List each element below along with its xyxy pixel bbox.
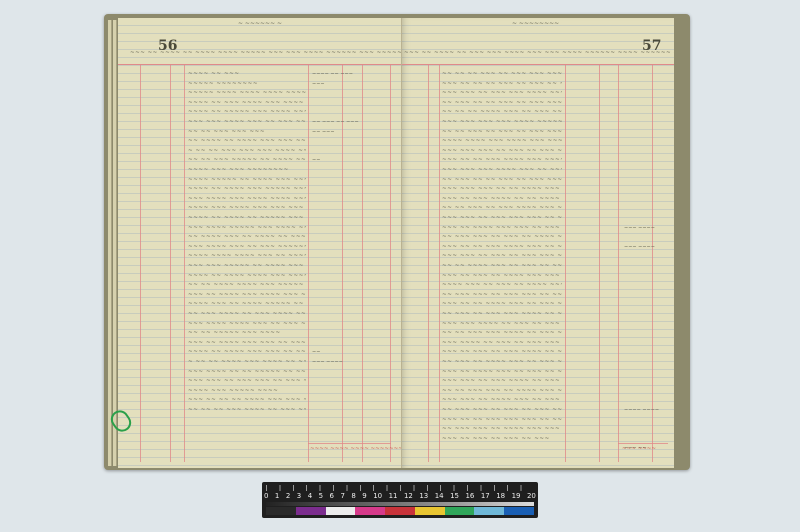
ledger-line: ~~ ~~~ ~~ ~~ ~~~ ~~ ~~~ ~~~ ~~~~ bbox=[442, 176, 562, 184]
color-swatch bbox=[355, 507, 385, 515]
ruler-label: 16 bbox=[465, 492, 474, 501]
ledger-line: ~~ ~~ ~~ ~~~ ~~~~ ~~ ~~~ ~~ ~~~~ bbox=[188, 406, 306, 414]
ledger-line: ~~~~ ~~ ~~~~ ~~ ~~~~~ ~~~ ~~~~ ~~~~ bbox=[188, 214, 306, 222]
ledger-line: ~~~~ ~~~~ ~~~~ ~~~ ~~ ~~~~ ~~~ ~~~ bbox=[188, 252, 306, 260]
amount-column-rule bbox=[390, 64, 391, 462]
ledger-line: ~~~ ~~~ ~~~ ~~ ~~ ~~~~ ~~~ ~~~ bbox=[442, 185, 562, 193]
amount-entry: ~~~~ ~~~~ bbox=[624, 407, 659, 413]
color-swatch bbox=[415, 507, 445, 515]
ledger-line: ~~~ ~~~~ ~~~~~ ~~~ ~~~~ ~~ ~~~~~~~ bbox=[188, 224, 306, 232]
ledger-line: ~~~~ ~~~ ~~~~ ~~~ ~~~ ~~~ ~~~~~ ~~~ bbox=[188, 204, 306, 212]
ledger-line: ~~~~ ~~~ ~~ ~~~~ ~~~~~ ~~ ~~~~ ~~~ bbox=[188, 300, 306, 308]
page-caption: ~ ~~~~~~ ~ bbox=[238, 20, 282, 27]
ledger-line: ~~~ ~~ ~~ ~~~ ~~~~ ~~~ ~~~~ ~~~ bbox=[442, 156, 562, 164]
ledger-line: ~~ ~~ ~~ ~~~~ ~~~ ~~ ~~~ ~~~ ~~~~ bbox=[442, 108, 562, 116]
ledger-line: ~~~~ ~~ ~~~ bbox=[188, 70, 306, 78]
ruler-label: 2 bbox=[286, 492, 290, 501]
amount-entry: ~~ bbox=[312, 157, 320, 163]
color-swatch bbox=[504, 507, 534, 515]
ledger-line: ~~ ~~~ ~~ ~~ ~~~ ~~ ~~~ ~~~~ ~~~ ~~ bbox=[442, 99, 562, 107]
ledger-line: ~~~ ~~ ~~~~ ~~~ ~~~ ~~ ~~~ ~~~ bbox=[442, 224, 562, 232]
date-column-rule bbox=[428, 64, 429, 462]
ledger-line: ~~~ ~~~ ~~ ~~~ ~~~ ~~ ~~~ ~~~~ ~~ bbox=[188, 377, 306, 385]
ledger-line: ~~~ ~~~ ~~~~ ~~ ~~~ ~~ ~~~ ~~ bbox=[442, 320, 562, 328]
ledger-line: ~~ ~~~ ~~~ ~~ ~~~ ~~ ~~~ ~~~~ bbox=[442, 406, 562, 414]
ledger-line: ~~~~ ~~~ ~~ ~~~ ~~ ~~~~ ~~~ ~~ bbox=[442, 281, 562, 289]
ledger-line: ~~~ ~~~~ ~~ ~~~ ~~ ~~~ ~~~ ~~ bbox=[442, 339, 562, 347]
ledger-line: ~~~~~ ~~~~ ~~~~ ~~~~ ~~~~~ ~~~~ ~~~~~ bbox=[188, 89, 306, 97]
ledger-line: ~~~ ~~ ~~ ~~~~ ~~~ ~~ ~~~ ~~~ bbox=[442, 300, 562, 308]
ruler-label: 9 bbox=[362, 492, 366, 501]
ledger-line: ~~ ~~~ ~~~ ~~ ~~~ ~~~ ~~ ~~~~ bbox=[442, 291, 562, 299]
ledger-line: ~~~ ~~~~ ~~~ ~~~~ ~~~~ ~~~~ ~~~~~ bbox=[188, 195, 306, 203]
ledger-line: ~~~ ~~ ~~~ ~~ ~~~ ~~ ~~~ bbox=[442, 435, 562, 443]
page-stack-edge bbox=[108, 20, 112, 466]
page-caption: ~ ~~~~~~~~ bbox=[512, 20, 559, 27]
ruler-label: 5 bbox=[319, 492, 323, 501]
ledger-line: ~~~ ~~~ ~~~ ~~~ ~~~~ ~~~~~ ~~~~ bbox=[442, 118, 562, 126]
ledger-line: ~~ ~~ ~~~~ ~~~ ~~ ~~~ ~~ ~~~ ~~ bbox=[442, 262, 562, 270]
ledger-line: ~ ~~ ~~ ~~~~ ~~~ ~~~~ ~~ ~~ ~~~~ ~~ bbox=[188, 358, 306, 366]
ledger-line: ~~~ ~~~~ ~~ ~~ ~~~~~ ~~ ~~~ ~~~~ bbox=[188, 368, 306, 376]
amount-entry: ~~~ bbox=[312, 81, 325, 87]
ledger-line: ~~ ~~~ ~~ ~~~ ~~~ ~~~~ ~~ ~~~ bbox=[442, 310, 562, 318]
right-page: ~ ~~~~~~~~ 57 ~~~ ~~ ~~~~ ~~ ~~~ ~~~ ~~~… bbox=[402, 18, 674, 468]
color-swatch bbox=[445, 507, 475, 515]
ledger-line: ~~~ ~~ ~~~~ ~~~ ~~~~ ~~~ ~~~~~ ~~~ bbox=[188, 291, 306, 299]
ruler-label: 3 bbox=[297, 492, 301, 501]
ruler-label: 0 bbox=[264, 492, 268, 501]
page-total: ~~~~ ~~~~ ~~~~ ~~~~~~~ ~~ bbox=[310, 446, 402, 452]
margin-rule bbox=[140, 64, 141, 462]
amount-entry: ~~ ~~~ bbox=[312, 129, 335, 135]
ledger-line: ~~~~ ~~ ~~~~ ~~~ ~~~~~ ~~~~ ~~~~~~ bbox=[188, 185, 306, 193]
ledger-line: ~~~ ~~~ ~~ ~~~ ~~~ ~~~ ~~ ~~~~ bbox=[442, 214, 562, 222]
ruler-label: 7 bbox=[340, 492, 344, 501]
ruler-label: 20 bbox=[527, 492, 536, 501]
ledger-line: ~~~~ ~~~ ~~~ ~~~~~~~~ bbox=[188, 166, 306, 174]
ledger-line: ~~~~ ~~ ~~~~ ~~~ ~~~ ~~ ~~~ ~~~ ~~~ bbox=[188, 348, 306, 356]
ruler-label: 10 bbox=[373, 492, 382, 501]
description-column-rule bbox=[184, 64, 185, 462]
amount-column-rule bbox=[652, 64, 653, 462]
amount-column-rule bbox=[599, 64, 600, 462]
page-heading: ~~~ ~~ ~~~~ ~~ ~~~~ ~~~~ ~~~~~ ~~~ ~~~ ~… bbox=[130, 50, 402, 56]
ruler-label: 6 bbox=[330, 492, 334, 501]
ledger-line: ~~ ~~~~ ~~~ ~~ ~~~~ ~~ ~~~ ~~~~ ~~~ bbox=[188, 233, 306, 241]
color-swatches bbox=[266, 507, 534, 515]
ledger-line: ~~ ~~ ~~~ ~~~ ~~~ bbox=[188, 128, 306, 136]
ruler-label: 19 bbox=[512, 492, 521, 501]
ruler-label: 1 bbox=[275, 492, 279, 501]
ruler-label: 18 bbox=[496, 492, 505, 501]
ledger-line: ~~ ~~~ ~~~~ ~~ ~~~ ~~~~ ~~~~~~ ~~~ bbox=[188, 310, 306, 318]
color-scale-ruler: 01234567891011121314151617181920 bbox=[262, 482, 538, 518]
ledger-line: ~~ ~~~ ~~~ ~~ ~~~ ~~ ~~~~ ~~~ ~~ bbox=[442, 233, 562, 241]
total-rule bbox=[308, 443, 391, 444]
ledger-line: ~~~ ~~~~ ~~~~ ~~~ ~~ ~~~ ~~~~ bbox=[188, 320, 306, 328]
ledger-line: ~~~ ~~ ~~ ~~~ ~~~ ~~~ ~~ ~~~ bbox=[442, 416, 562, 424]
ruler-label: 4 bbox=[308, 492, 312, 501]
ledger-line: ~~ ~~ ~~~ ~~~~~ ~~ ~~~~ ~~~~~ ~~~~ bbox=[188, 156, 306, 164]
grayscale-strip bbox=[266, 502, 534, 506]
ledger-line: ~~ ~~~~ ~~ ~~~~ ~~~ ~~~ ~~~~~~~~ bbox=[188, 137, 306, 145]
ledger-line: ~~ ~~ ~~~ ~~~ ~~ ~~~~ ~~~ ~~~ bbox=[442, 387, 562, 395]
amount-entry: ~~~ ~~~~ bbox=[624, 225, 655, 231]
page-heading: ~~~ ~~ ~~~~ ~~ ~~~ ~~~ ~~~~ ~~~ ~~~ ~~~~… bbox=[404, 50, 674, 56]
ledger-line: ~~~ ~~ ~~~ ~~ ~~~~ ~~~ ~~~ ~~ bbox=[442, 272, 562, 280]
ledger-line: ~~~ ~~ ~~~~ ~~~ ~~~ ~~ ~~~~ bbox=[188, 339, 306, 347]
page-total: ~~~ ~~~~ bbox=[622, 446, 656, 452]
ruler-label: 17 bbox=[481, 492, 490, 501]
left-page: ~ ~~~~~~ ~ 56 ~~~ ~~ ~~~~ ~~ ~~~~ ~~~~ ~… bbox=[118, 18, 402, 468]
ledger-line: ~~~ ~~ ~~ ~~ ~~~ ~~ ~~~ ~~ ~ ~ ~ ~~~ bbox=[442, 80, 562, 88]
ledger-line: ~~~ ~~ ~~~~ ~~~ ~~ ~~~ ~~ ~~~ bbox=[442, 368, 562, 376]
ruler-label: 11 bbox=[389, 492, 398, 501]
ledger-line: ~~~ ~~~~ ~~~ ~~ ~~~ ~~~~~~ ~~~ bbox=[188, 243, 306, 251]
folio-column-rule bbox=[565, 64, 566, 462]
ledger-book: ~ ~~~~~~ ~ 56 ~~~ ~~ ~~~~ ~~ ~~~~ ~~~~ ~… bbox=[104, 14, 690, 470]
ledger-line: ~~~ ~~ ~~~ ~~~~ ~~ ~~ ~~~~ ~~~ bbox=[442, 195, 562, 203]
ledger-line: ~~~ ~~~ ~~~~ ~~~ ~~ ~~~ ~~~~~ ~~~~~ bbox=[188, 118, 306, 126]
color-swatch bbox=[266, 507, 296, 515]
header-rule bbox=[402, 64, 674, 65]
ledger-line: ~~ ~~ ~~~~~ ~~~ ~~~~ bbox=[188, 329, 306, 337]
ledger-line: ~~~ ~~~ ~~ ~~~ ~~~~ ~~ ~~~ ~~ bbox=[442, 377, 562, 385]
ledger-line: ~ ~~ ~~ ~~~ ~~~ ~~~ ~~~~ ~~~~~~~ bbox=[188, 147, 306, 155]
ruler-label: 8 bbox=[351, 492, 355, 501]
amount-entry: ~~ bbox=[312, 349, 320, 355]
ledger-line: ~~~~ ~~ ~~~ ~~~~ ~~~ ~~~~ ~~ ~~~~~ ~~~ bbox=[188, 99, 306, 107]
color-swatch bbox=[474, 507, 504, 515]
ledger-line: ~~~~ ~~ ~~~~ ~~~~ ~~~ ~~~~ ~~~~~~ bbox=[188, 272, 306, 280]
folio-column-rule bbox=[308, 64, 309, 462]
ledger-line: ~~~ ~~~ ~~ ~~~ ~~ ~~~ ~~~ ~~~~ bbox=[442, 252, 562, 260]
page-stack-edge bbox=[113, 20, 117, 466]
total-rule bbox=[618, 443, 668, 444]
ledger-line: ~~ ~~~ ~~ ~~~~ ~~~ ~~ ~~~ ~~~ bbox=[442, 358, 562, 366]
ledger-line: ~~ ~~ ~~ ~~~ ~~ ~~~ ~~~ ~~~ ~~~ ~~~~~ bbox=[442, 70, 562, 78]
ledger-line: ~~~ ~~~ ~~~ ~~ ~~~ ~~ ~~~ ~~~~ bbox=[442, 147, 562, 155]
ledger-line: ~~~~ ~~ ~~~~~ ~~~ ~~~~ ~~~~ ~~~~~ ~~~~ bbox=[188, 108, 306, 116]
ledger-line: ~~ ~~ ~~~ ~~ ~~~ ~~ ~~~ ~~~ ~~~~ bbox=[442, 128, 562, 136]
color-swatch bbox=[296, 507, 326, 515]
description-column-rule bbox=[439, 64, 440, 462]
ledger-line: ~~ ~~ ~~~~ ~~~~ ~~~ ~~~~~ ~~~~ bbox=[188, 281, 306, 289]
color-swatch bbox=[326, 507, 356, 515]
ruler-label: 15 bbox=[450, 492, 459, 501]
amount-entry: ~~ ~~~ ~~ ~~~ bbox=[312, 119, 359, 125]
ledger-line: ~~~ ~~~ ~~ ~~~ ~~~ ~~~~ ~~~ ~~~ bbox=[442, 89, 562, 97]
header-rule bbox=[118, 64, 401, 65]
ledger-line: ~~~ ~~~ ~~ ~~~~ ~~~ ~~ ~~~ ~~ bbox=[442, 396, 562, 404]
ruler-label: 12 bbox=[404, 492, 413, 501]
ledger-line: ~~~ ~~ ~~ ~~ ~~~~ ~~~ ~~~ ~~~~ ~~ bbox=[188, 396, 306, 404]
ledger-line: ~~~~~ ~~~~~~~~ bbox=[188, 80, 306, 88]
ledger-line: ~~~ ~~~ ~~~ ~~~~ ~~~ ~~ ~~~ ~~~ bbox=[442, 166, 562, 174]
ledger-line: ~~~ ~~~ ~~~~~ ~~ ~~~~ ~~~ ~~~~ ~~~ bbox=[188, 262, 306, 270]
amount-column-rule bbox=[618, 64, 619, 462]
ledger-line: ~~~~ ~~~~ ~~~ ~~~~ ~~~ ~~~ ~~~ bbox=[442, 137, 562, 145]
ledger-line: ~~ ~~ ~~~ ~~ ~~~ ~~~~ ~~~ ~~~ ~~ bbox=[442, 204, 562, 212]
ledger-line: ~~~~ ~~~~~ ~~ ~~~~ ~~~ ~~~~~~ ~~~~ bbox=[188, 176, 306, 184]
ledger-line: ~~~~ ~~~ ~~~~~ ~~~~ bbox=[188, 387, 306, 395]
ledger-line: ~~~ ~~ ~~ ~~~ ~~~~ ~~~ ~~ ~~~ bbox=[442, 243, 562, 251]
amount-entry: ~~~ ~~~~ bbox=[624, 244, 655, 250]
amount-entry: ~~~ ~~~~ bbox=[312, 359, 343, 365]
ruler-label: 14 bbox=[435, 492, 444, 501]
color-swatch bbox=[385, 507, 415, 515]
ledger-line: ~~ ~~~ ~~~ ~~ ~~~~ ~~~ ~~~ bbox=[442, 425, 562, 433]
amount-entry: ~~~~ ~~ ~~~ bbox=[312, 71, 353, 77]
ledger-line: ~~~ ~~ ~~~ ~~ ~~~ ~~~~ ~~ ~~~ bbox=[442, 348, 562, 356]
ruler-ticks bbox=[266, 485, 534, 491]
date-column-rule bbox=[170, 64, 171, 462]
ruler-label: 13 bbox=[419, 492, 428, 501]
ledger-line: ~~ ~~ ~~~ ~~~ ~~~~ ~~ ~~~ ~~~ bbox=[442, 329, 562, 337]
amount-column-rule bbox=[362, 64, 363, 462]
ruler-labels: 01234567891011121314151617181920 bbox=[264, 492, 538, 501]
